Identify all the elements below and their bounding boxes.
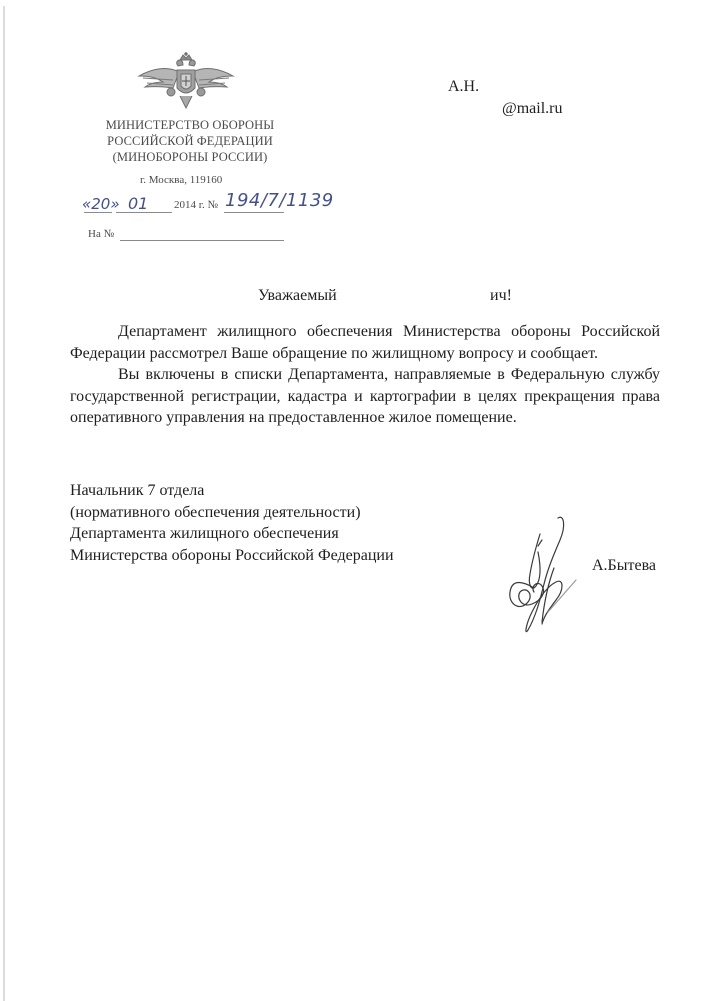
registration-line: «20» 01 2014 г. № 194/7/1139	[78, 193, 368, 217]
salutation-end: ич!	[490, 287, 512, 305]
eagle-emblem-icon	[133, 52, 239, 112]
position-line: Департамента жилищного обеспечения	[70, 523, 394, 545]
scan-edge-line	[3, 6, 5, 1001]
ministry-name-line: РОССИЙСКОЙ ФЕДЕРАЦИИ	[80, 133, 300, 149]
letter-body: Департамент жилищного обеспечения Минист…	[70, 321, 660, 429]
position-line: (нормативного обеспечения деятельности)	[70, 502, 394, 524]
position-line: Начальник 7 отдела	[70, 480, 394, 502]
salutation-start: Уважаемый	[258, 287, 337, 305]
day-underline	[84, 212, 112, 213]
ministry-short-name: (МИНОБОРОНЫ РОССИИ)	[80, 149, 300, 165]
handwritten-reg-number: 194/7/1139	[225, 190, 334, 211]
position-line: Министерства обороны Российской Федераци…	[70, 545, 394, 567]
number-underline	[224, 212, 284, 213]
handwritten-signature-icon	[498, 512, 588, 642]
reply-to-line: На №	[88, 228, 288, 242]
addressee-email: @mail.ru	[502, 100, 563, 118]
city-address: г. Москва, 119160	[140, 174, 222, 186]
signer-name: А.Бытева	[592, 557, 656, 575]
reply-to-underline	[120, 240, 284, 241]
signatory-position: Начальник 7 отдела (нормативного обеспеч…	[70, 480, 394, 566]
year-and-number-label: 2014 г. №	[174, 199, 218, 211]
handwritten-month: 01	[128, 194, 148, 213]
body-paragraph: Департамент жилищного обеспечения Минист…	[70, 321, 660, 364]
body-paragraph: Вы включены в списки Департамента, напра…	[70, 364, 660, 429]
ministry-name: МИНИСТЕРСТВО ОБОРОНЫ РОССИЙСКОЙ ФЕДЕРАЦИ…	[80, 117, 300, 165]
handwritten-day: «20»	[82, 195, 120, 213]
ministry-name-line: МИНИСТЕРСТВО ОБОРОНЫ	[80, 117, 300, 133]
month-underline	[116, 212, 172, 213]
reply-to-label: На №	[88, 228, 114, 240]
addressee-name: А.Н.	[448, 78, 479, 96]
